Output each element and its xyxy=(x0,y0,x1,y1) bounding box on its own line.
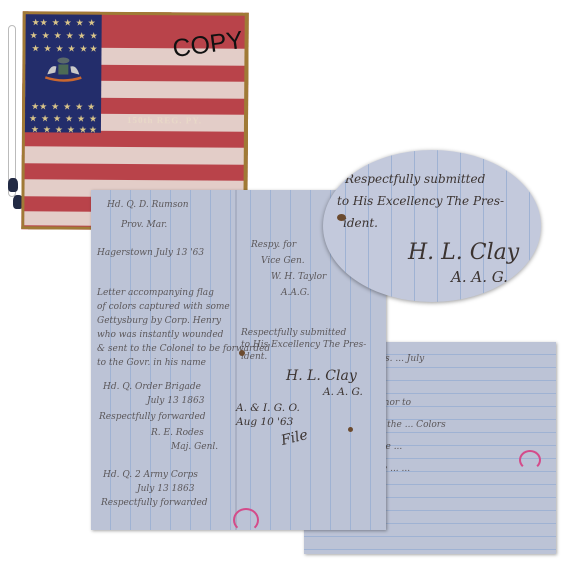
star-icon: ★ xyxy=(31,44,39,53)
fold-line: Respy. for xyxy=(251,240,296,250)
letter-line: Maj. Genl. xyxy=(171,442,218,452)
paper-fold xyxy=(235,190,237,530)
magnified-signature: H. L. Clay xyxy=(408,240,519,265)
coat-of-arms-icon xyxy=(39,52,87,82)
star-icon: ★ xyxy=(51,102,59,111)
letter-line: Hd. Q. D. Rumson xyxy=(107,200,189,210)
letter-line: R. E. Rodes xyxy=(151,428,204,438)
ink-blot xyxy=(348,427,353,432)
star-icon: ★ xyxy=(66,32,74,41)
letter-line: Hd. Q. 2 Army Corps xyxy=(103,470,198,480)
signature: H. L. Clay xyxy=(286,368,357,384)
star-icon: ★ xyxy=(75,103,83,112)
star-icon: ★ xyxy=(89,126,97,135)
star-icon: ★ xyxy=(52,18,60,27)
star-icon: ★ xyxy=(40,18,48,27)
letter-line: Hd. Q. Order Brigade xyxy=(103,382,201,392)
ink-blot xyxy=(337,214,346,221)
fold-line: Vice Gen. xyxy=(261,256,305,266)
magnified-line: Respectfully submitted xyxy=(345,172,485,186)
endorsement-line: Respectfully submitted xyxy=(241,328,346,338)
letter-line: Respectfully forwarded xyxy=(101,498,208,508)
star-icon: ★ xyxy=(43,125,51,134)
star-icon: ★ xyxy=(63,102,71,111)
star-icon: ★ xyxy=(54,31,62,40)
ink-stamp-mark xyxy=(233,508,259,532)
flag-cord xyxy=(8,25,16,197)
star-icon: ★ xyxy=(42,31,50,40)
star-icon: ★ xyxy=(87,103,95,112)
star-icon: ★ xyxy=(78,32,86,41)
flag-tassel xyxy=(8,178,18,192)
star-icon: ★ xyxy=(30,31,38,40)
letter-line: Prov. Mar. xyxy=(121,220,167,230)
star-icon: ★ xyxy=(32,18,40,27)
file-mark: File xyxy=(279,427,309,449)
star-icon: ★ xyxy=(41,114,49,123)
ink-stamp-mark xyxy=(519,450,541,470)
star-icon: ★ xyxy=(77,115,85,124)
star-icon: ★ xyxy=(67,126,75,135)
letter-line: Letter accompanying flag xyxy=(97,288,214,298)
magnified-signature-title: A. A. G. xyxy=(451,268,508,286)
letter-line: of colors captured with some xyxy=(97,302,230,312)
star-icon: ★ xyxy=(29,114,37,123)
star-icon: ★ xyxy=(76,19,84,28)
star-icon: ★ xyxy=(55,125,63,134)
star-icon: ★ xyxy=(39,102,47,111)
star-icon: ★ xyxy=(31,125,39,134)
fold-line: A.A.G. xyxy=(281,288,309,298)
letter-line: Respectfully forwarded xyxy=(99,412,206,422)
ink-blot xyxy=(239,350,245,356)
letter-line: Hagerstown July 13 '63 xyxy=(97,248,204,258)
star-icon: ★ xyxy=(65,115,73,124)
star-icon: ★ xyxy=(31,102,39,111)
star-icon: ★ xyxy=(64,18,72,27)
star-icon: ★ xyxy=(90,32,98,41)
letter-line: Gettysburg by Corp. Henry xyxy=(97,316,221,326)
star-icon: ★ xyxy=(53,114,61,123)
filing-office: A. & I. G. O. xyxy=(236,402,300,414)
magnified-line: to His Excellency The Pres- xyxy=(337,194,504,208)
letter-line: July 13 1863 xyxy=(147,396,204,406)
endorsement-line: to His Excellency The Pres- xyxy=(241,340,366,350)
letter-line: who was instantly wounded xyxy=(97,330,223,340)
flag-regiment-label: 150th REG. PY. xyxy=(127,115,202,126)
signature-title: A. A. G. xyxy=(323,386,363,398)
star-icon: ★ xyxy=(89,115,97,124)
fold-line: W. H. Taylor xyxy=(271,272,326,282)
flag-canton: ★★★★★★★★★★★★★★★★★★★★★★★★★★★★★★★★★★★★ xyxy=(25,14,102,133)
magnified-line: ident. xyxy=(343,216,378,230)
letter-line: to the Govr. in his name xyxy=(97,358,206,368)
letter-line: July 13 1863 xyxy=(137,484,194,494)
magnified-signature-detail: Respectfully submitted to His Excellency… xyxy=(323,150,541,302)
filing-date: Aug 10 '63 xyxy=(236,416,293,428)
star-icon: ★ xyxy=(88,19,96,28)
star-icon: ★ xyxy=(89,45,97,54)
star-icon: ★ xyxy=(79,126,87,135)
